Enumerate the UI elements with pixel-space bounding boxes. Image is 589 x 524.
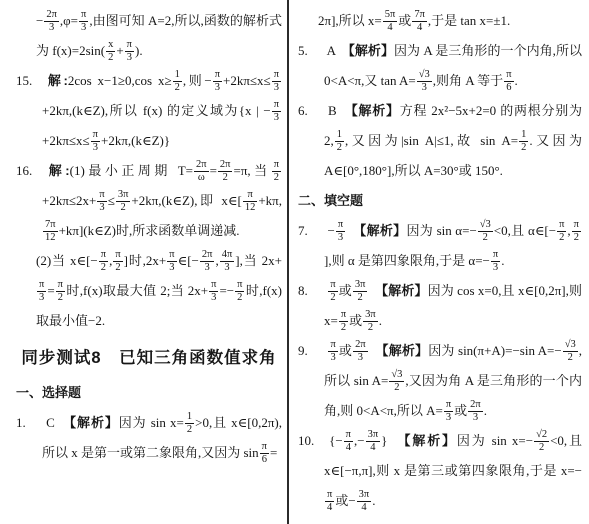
- fraction: 4π3: [220, 249, 235, 274]
- fraction: π3: [167, 249, 176, 274]
- fraction: 12: [335, 129, 344, 154]
- fraction: 3π2: [363, 309, 378, 334]
- item-number: 6.: [298, 96, 324, 126]
- fraction: √22: [534, 429, 549, 454]
- item-text: A 【解析】因为 A 是三角形的一个内角,所以 0<A<π,又 tan A=√3…: [324, 43, 582, 88]
- item-text: −2π3,φ=π3,由图可知 A=2,所以,函数的解析式为 f(x)=2sin(…: [36, 13, 282, 58]
- solution-block: 10. {−π4,−3π4} 【解析】因为 sin x=−√22<0,且 x∈[…: [298, 426, 582, 516]
- column-divider-line: [287, 0, 289, 524]
- fraction: π2: [572, 219, 581, 244]
- solution-block: 9. π3或2π3 【解析】因为 sin(π+A)=−sin A=−√32,所以…: [298, 336, 582, 426]
- item-text: 解:2cos x−1≥0,cos x≥12,则−π3+2kπ≤x≤π3+2kπ,…: [42, 73, 282, 148]
- solution-block: 16. 解:(1)最小正周期 T=2πω=2π2=π,当π2+2kπ≤2x+π3…: [16, 156, 282, 246]
- fraction: 2π3: [44, 9, 59, 34]
- fraction: 12: [185, 411, 194, 436]
- fraction: 3π2: [353, 279, 368, 304]
- fraction: √32: [389, 369, 404, 394]
- fraction: π2: [272, 159, 281, 184]
- solution-block: 15. 解:2cos x−1≥0,cos x≥12,则−π3+2kπ≤x≤π3+…: [16, 66, 282, 156]
- item-text: (2)当 x∈[−π2,π2]时,2x+π3∈[−2π3,4π3],当 2x+π…: [36, 253, 282, 328]
- fraction: 3π2: [116, 189, 131, 214]
- item-number: 10.: [298, 426, 324, 456]
- item-text: π3或2π3 【解析】因为 sin(π+A)=−sin A=−√32,所以 si…: [324, 343, 582, 418]
- item-number: 5.: [298, 36, 324, 66]
- section-heading: 一、选择题: [16, 378, 282, 408]
- section-heading: 二、填空题: [298, 186, 582, 216]
- fraction: π3: [328, 339, 337, 364]
- continuation-text: −2π3,φ=π3,由图可知 A=2,所以,函数的解析式为 f(x)=2sin(…: [16, 6, 282, 66]
- fraction: x2: [106, 39, 115, 64]
- solution-block: 7. −π3 【解析】因为 sin α=−√32<0,且 α∈[−π2,π2],…: [298, 216, 582, 276]
- fraction: π3: [272, 99, 281, 124]
- fraction: √32: [563, 339, 578, 364]
- solution-block: 1. C 【解析】因为 sin x=12>0,且 x∈[0,2π),所以 x 是…: [16, 408, 282, 468]
- fraction: π4: [325, 489, 334, 514]
- fraction: π3: [272, 69, 281, 94]
- fraction: 2π3: [200, 249, 215, 274]
- item-number: 8.: [298, 276, 324, 306]
- fraction: π2: [113, 249, 122, 274]
- item-text: π2或3π2 【解析】因为 cos x=0,且 x∈[0,2π],则 x=π2或…: [324, 283, 582, 328]
- left-column: −2π3,φ=π3,由图可知 A=2,所以,函数的解析式为 f(x)=2sin(…: [16, 6, 282, 468]
- fraction: 2π3: [353, 339, 368, 364]
- fraction: 3π4: [357, 489, 372, 514]
- fraction: 12: [173, 69, 182, 94]
- item-text: 二、填空题: [298, 193, 363, 208]
- solution-block: 6. B 【解析】方程 2x²−5x+2=0 的两根分别为 2,12,又因为|s…: [298, 96, 582, 186]
- solution-block: 5. A 【解析】因为 A 是三角形的一个内角,所以 0<A<π,又 tan A…: [298, 36, 582, 96]
- fraction: 7π4: [412, 9, 427, 34]
- continuation-text: 2π],所以 x=5π4或7π4,于是 tan x=±1.: [298, 6, 582, 36]
- fraction: π2: [99, 249, 108, 274]
- continuation-text: (2)当 x∈[−π2,π2]时,2x+π3∈[−2π3,4π3],当 2x+π…: [16, 246, 282, 336]
- item-number: 7.: [298, 216, 324, 246]
- fraction: π2: [339, 309, 348, 334]
- fraction: 2πω: [194, 159, 209, 184]
- fraction: π3: [125, 39, 134, 64]
- item-text: {−π4,−3π4} 【解析】因为 sin x=−√22<0,且 x∈[−π,π…: [324, 433, 582, 508]
- fraction: 3π4: [366, 429, 381, 454]
- fraction: π3: [213, 69, 222, 94]
- fraction: π2: [235, 279, 244, 304]
- fraction: 2π2: [218, 159, 233, 184]
- item-number: 9.: [298, 336, 324, 366]
- right-column: 2π],所以 x=5π4或7π4,于是 tan x=±1. 5. A 【解析】因…: [298, 6, 582, 516]
- fraction: π2: [557, 219, 566, 244]
- fraction: π3: [491, 249, 500, 274]
- fraction: π6: [260, 441, 269, 466]
- fraction: π12: [243, 189, 258, 214]
- item-text: 一、选择题: [16, 385, 81, 400]
- fraction: 7π12: [43, 219, 58, 244]
- item-text: 同步测试8 已知三角函数值求角: [21, 349, 276, 367]
- item-text: B 【解析】方程 2x²−5x+2=0 的两根分别为 2,12,又因为|sin …: [324, 103, 582, 178]
- fraction: π6: [504, 69, 513, 94]
- page-title: 同步测试8 已知三角函数值求角: [16, 346, 282, 370]
- item-number: 15.: [16, 66, 42, 96]
- item-number: 16.: [16, 156, 42, 186]
- fraction: √33: [417, 69, 432, 94]
- item-text: 2π],所以 x=5π4或7π4,于是 tan x=±1.: [318, 13, 510, 28]
- fraction: π3: [91, 129, 100, 154]
- fraction: π2: [328, 279, 337, 304]
- fraction: π3: [209, 279, 218, 304]
- fraction: 5π4: [383, 9, 398, 34]
- fraction: π3: [444, 399, 453, 424]
- fraction: π3: [37, 279, 46, 304]
- fraction: √32: [478, 219, 493, 244]
- fraction: π3: [336, 219, 345, 244]
- fraction: 12: [519, 129, 528, 154]
- item-text: −π3 【解析】因为 sin α=−√32<0,且 α∈[−π2,π2],则 α…: [324, 223, 582, 268]
- fraction: π2: [56, 279, 65, 304]
- fraction: π4: [344, 429, 353, 454]
- item-text: C 【解析】因为 sin x=12>0,且 x∈[0,2π),所以 x 是第一或…: [42, 415, 282, 460]
- fraction: π3: [79, 9, 88, 34]
- solution-block: 8. π2或3π2 【解析】因为 cos x=0,且 x∈[0,2π],则 x=…: [298, 276, 582, 336]
- item-number: 1.: [16, 408, 42, 438]
- document-page: −2π3,φ=π3,由图可知 A=2,所以,函数的解析式为 f(x)=2sin(…: [0, 0, 589, 524]
- fraction: 2π3: [468, 399, 483, 424]
- item-text: 解:(1)最小正周期 T=2πω=2π2=π,当π2+2kπ≤2x+π3≤3π2…: [42, 163, 282, 238]
- fraction: π3: [97, 189, 106, 214]
